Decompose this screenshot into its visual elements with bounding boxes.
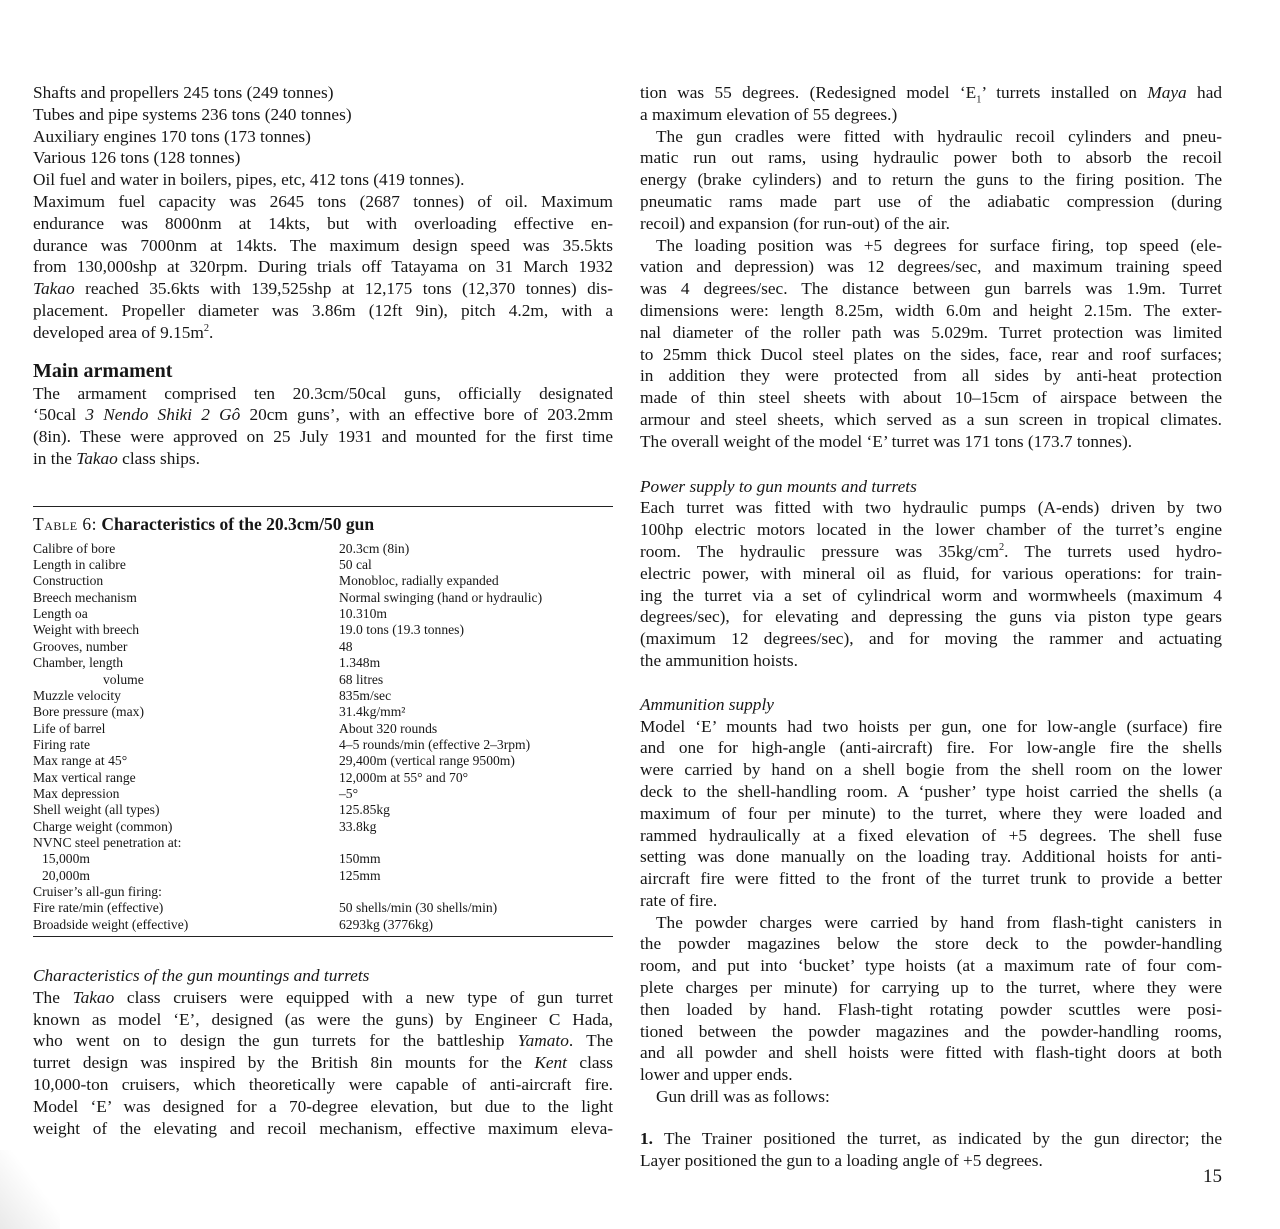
table-row: Firing rate4–5 rounds/min (effective 2–3…	[33, 737, 613, 753]
elevation-continuation: tion was 55 degrees. (Redesigned model ‘…	[640, 82, 1222, 126]
table-row: Max vertical range12,000m at 55° and 70°	[33, 770, 613, 786]
table-row: Chamber, length1.348m	[33, 655, 613, 671]
paragraph-line: was 4 degrees/sec. The distance between …	[640, 278, 1222, 300]
table-row: volume68 litres	[33, 672, 613, 688]
spec-label: 20,000m	[33, 868, 339, 884]
paragraph-line: electric power, with mineral oil as flui…	[640, 563, 1222, 585]
paragraph-line: endurance was 8000nm at 14kts, but with …	[33, 213, 613, 235]
paragraph-line: rammed hydraulically at a fixed elevatio…	[640, 825, 1222, 847]
table-row: Max depression–5°	[33, 786, 613, 802]
mountings-paragraph: The Takao class cruisers were equipped w…	[33, 987, 613, 1140]
spec-value: 10.310m	[339, 606, 613, 622]
text-span: The	[33, 988, 73, 1007]
paragraph-line: 10,000-ton cruisers, which theoretically…	[33, 1074, 613, 1096]
spec-value	[339, 884, 613, 900]
table-row: Grooves, number48	[33, 639, 613, 655]
spec-label: Grooves, number	[33, 639, 339, 655]
paragraph-line: The armament comprised ten 20.3cm/50cal …	[33, 383, 613, 405]
ship-name: Kent	[534, 1053, 567, 1072]
paragraph-line: armour and steel sheets, which served as…	[640, 409, 1222, 431]
table-row: NVNC steel penetration at:	[33, 835, 613, 851]
paragraph-line: in addition they were protected from all…	[640, 365, 1222, 387]
paragraph-line: The overall weight of the model ‘E’ turr…	[640, 431, 1222, 453]
table-top-rule	[33, 506, 613, 507]
spec-label: Life of barrel	[33, 721, 339, 737]
spec-value: –5°	[339, 786, 613, 802]
paragraph-line: recoil) and expansion (for run-out) of t…	[640, 213, 1222, 235]
text-span: .	[209, 323, 213, 342]
paragraph-line: Maximum fuel capacity was 2645 tons (268…	[33, 191, 613, 213]
paragraph-line: energy (brake cylinders) and to return t…	[640, 169, 1222, 191]
spec-label: Fire rate/min (effective)	[33, 900, 339, 916]
gun-drill-step-1: 1. The Trainer positioned the turret, as…	[640, 1128, 1222, 1172]
paragraph-line: maximum of four per minute) to the turre…	[640, 803, 1222, 825]
table-row: Fire rate/min (effective)50 shells/min (…	[33, 900, 613, 916]
table-row: Breech mechanismNormal swinging (hand or…	[33, 590, 613, 606]
gun-characteristics-table: Calibre of bore20.3cm (8in)Length in cal…	[33, 541, 613, 933]
page-number: 15	[1203, 1166, 1222, 1188]
paragraph-line: ing the turret via a set of cylindrical …	[640, 585, 1222, 607]
table-row: Shell weight (all types)125.85kg	[33, 802, 613, 818]
spec-value: 50 shells/min (30 shells/min)	[339, 900, 613, 916]
paragraph-line: turret design was inspired by the Britis…	[33, 1052, 613, 1074]
text-span: tion was 55 degrees. (Redesigned model ‘…	[640, 83, 976, 102]
paragraph-line: The Takao class cruisers were equipped w…	[33, 987, 613, 1009]
table-row: Cruiser’s all-gun firing:	[33, 884, 613, 900]
table-row: Life of barrelAbout 320 rounds	[33, 721, 613, 737]
left-column: Shafts and propellers 245 tons (249 tonn…	[33, 82, 613, 1139]
spec-value: Normal swinging (hand or hydraulic)	[339, 590, 613, 606]
paragraph-line: tion was 55 degrees. (Redesigned model ‘…	[640, 82, 1222, 104]
table-row: Bore pressure (max)31.4kg/mm²	[33, 704, 613, 720]
table-row: Length oa10.310m	[33, 606, 613, 622]
text-span: class ships.	[118, 449, 200, 468]
text-span: ’ turrets installed on	[981, 83, 1147, 102]
paragraph-line: a maximum elevation of 55 degrees.)	[640, 104, 1222, 126]
weights-list: Shafts and propellers 245 tons (249 tonn…	[33, 82, 613, 191]
paragraph-line: and all powder and shell hoists were fit…	[640, 1042, 1222, 1064]
table-row: Muzzle velocity835m/sec	[33, 688, 613, 704]
paragraph-line: room. The hydraulic pressure was 35kg/cm…	[640, 541, 1222, 563]
ship-name: Maya	[1147, 83, 1186, 102]
spec-label: Length oa	[33, 606, 339, 622]
spec-label: Shell weight (all types)	[33, 802, 339, 818]
paragraph-line: tioned between the powder magazines and …	[640, 1021, 1222, 1043]
ship-name: Takao	[76, 449, 118, 468]
paragraph-line: made of thin steel sheets with about 10–…	[640, 387, 1222, 409]
spec-value: 50 cal	[339, 557, 613, 573]
paragraph-line: known as model ‘E’, designed (as were th…	[33, 1009, 613, 1031]
spec-value: 33.8kg	[339, 819, 613, 835]
paragraph-line: The loading position was +5 degrees for …	[640, 235, 1222, 257]
table-row: ConstructionMonobloc, radially expanded	[33, 573, 613, 589]
spec-value: 68 litres	[339, 672, 613, 688]
weights-item: Various 126 tons (128 tonnes)	[33, 147, 613, 169]
paragraph-line: lower and upper ends.	[640, 1064, 1222, 1086]
paragraph-line: 100hp electric motors located in the low…	[640, 519, 1222, 541]
paragraph-line: ‘50cal 3 Nendo Shiki 2 Gô 20cm guns’, wi…	[33, 404, 613, 426]
spec-label: Bore pressure (max)	[33, 704, 339, 720]
table-row: 20,000m125mm	[33, 868, 613, 884]
spec-label: volume	[33, 672, 339, 688]
spec-value: 835m/sec	[339, 688, 613, 704]
fuel-paragraph: Maximum fuel capacity was 2645 tons (268…	[33, 191, 613, 344]
paragraph-line: the powder magazines below the store dec…	[640, 933, 1222, 955]
subheading-power-supply: Power supply to gun mounts and turrets	[640, 476, 1222, 498]
paragraph-line: The powder charges were carried by hand …	[640, 912, 1222, 934]
text-span: ‘50cal	[33, 405, 85, 424]
paragraph-line: 1. The Trainer positioned the turret, as…	[640, 1128, 1222, 1150]
paragraph-line: placement. Propeller diameter was 3.86m …	[33, 300, 613, 322]
spec-value: 6293kg (3776kg)	[339, 917, 613, 933]
spec-label: Broadside weight (effective)	[33, 917, 339, 933]
ship-name: Yamato	[518, 1031, 569, 1050]
weights-item: Tubes and pipe systems 236 tons (240 ton…	[33, 104, 613, 126]
spec-label: Muzzle velocity	[33, 688, 339, 704]
text-span: class cruisers were equipped with a new …	[114, 988, 613, 1007]
spec-value: 1.348m	[339, 655, 613, 671]
spec-value: About 320 rounds	[339, 721, 613, 737]
armament-paragraph: The armament comprised ten 20.3cm/50cal …	[33, 383, 613, 470]
spec-value: 31.4kg/mm²	[339, 704, 613, 720]
spec-value: 150mm	[339, 851, 613, 867]
step-number: 1.	[640, 1129, 653, 1148]
text-span: turret design was inspired by the Britis…	[33, 1053, 534, 1072]
text-span: who went on to design the gun turrets fo…	[33, 1031, 518, 1050]
paragraph-line: durance was 7000nm at 14kts. The maximum…	[33, 235, 613, 257]
paragraph-line: (8in). These were approved on 25 July 19…	[33, 426, 613, 448]
paragraph-line: were carried by hand on a shell bogie fr…	[640, 759, 1222, 781]
paragraph-line: vation and depression) was 12 degrees/se…	[640, 256, 1222, 278]
section-heading-main-armament: Main armament	[33, 359, 613, 383]
paragraph-line: Takao reached 35.6kts with 139,525shp at…	[33, 278, 613, 300]
table-label: Table 6:	[33, 514, 97, 534]
gun-drill-intro: Gun drill was as follows:	[640, 1086, 1222, 1108]
text-span: in the	[33, 449, 76, 468]
paragraph-line: and one for high-angle (anti-aircraft) f…	[640, 737, 1222, 759]
paragraph-line: dimensions were: length 8.25m, width 6.0…	[640, 300, 1222, 322]
spec-label: Calibre of bore	[33, 541, 339, 557]
paragraph-line: room, and put into ‘bucket’ type hoists …	[640, 955, 1222, 977]
table-row: Broadside weight (effective)6293kg (3776…	[33, 917, 613, 933]
text-span: reached 35.6kts with 139,525shp at 12,17…	[75, 279, 613, 298]
paragraph-line: deck to the shell-handling room. A ‘push…	[640, 781, 1222, 803]
spec-label: Max vertical range	[33, 770, 339, 786]
subheading-ammunition-supply: Ammunition supply	[640, 694, 1222, 716]
spec-value: 19.0 tons (19.3 tonnes)	[339, 622, 613, 638]
text-span: . The	[569, 1031, 613, 1050]
spec-label: Cruiser’s all-gun firing:	[33, 884, 339, 900]
paragraph-line: degrees/sec), for elevating and depressi…	[640, 606, 1222, 628]
paragraph-line: (maximum 12 degrees/sec), and for moving…	[640, 628, 1222, 650]
spec-label: Chamber, length	[33, 655, 339, 671]
spec-value: 125.85kg	[339, 802, 613, 818]
spec-label: Construction	[33, 573, 339, 589]
paragraph-line: Each turret was fitted with two hydrauli…	[640, 497, 1222, 519]
paragraph-line: then loaded by hand. Flash-tight rotatin…	[640, 999, 1222, 1021]
paragraph-line: Model ‘E’ was designed for a 70-degree e…	[33, 1096, 613, 1118]
spec-label: NVNC steel penetration at:	[33, 835, 339, 851]
spec-label: Firing rate	[33, 737, 339, 753]
text-span: class	[567, 1053, 613, 1072]
loading-paragraph: The loading position was +5 degrees for …	[640, 235, 1222, 453]
power-paragraph: Each turret was fitted with two hydrauli…	[640, 497, 1222, 671]
paragraph-line: weight of the elevating and recoil mecha…	[33, 1118, 613, 1140]
paragraph-line: developed area of 9.15m2.	[33, 322, 613, 344]
spec-label: Breech mechanism	[33, 590, 339, 606]
right-column: tion was 55 degrees. (Redesigned model ‘…	[640, 82, 1222, 1171]
table-row: Charge weight (common)33.8kg	[33, 819, 613, 835]
table-row: Calibre of bore20.3cm (8in)	[33, 541, 613, 557]
paragraph-line: nal diameter of the roller path was 5.02…	[640, 322, 1222, 344]
table-row: Max range at 45°29,400m (vertical range …	[33, 753, 613, 769]
paragraph-line: plete charges per minute) for carrying u…	[640, 977, 1222, 999]
page-edge-shadow	[0, 1150, 60, 1229]
text-span: developed area of 9.15m	[33, 323, 204, 342]
paragraph-line: Model ‘E’ mounts had two hoists per gun,…	[640, 716, 1222, 738]
paragraph-line: pneumatic rams made part use of the adia…	[640, 191, 1222, 213]
text-span: had	[1187, 83, 1222, 102]
text-span: 20cm guns’, with an effective bore of 20…	[240, 405, 613, 424]
cradles-paragraph: The gun cradles were fitted with hydraul…	[640, 126, 1222, 235]
weights-item: Shafts and propellers 245 tons (249 tonn…	[33, 82, 613, 104]
spec-label: Max range at 45°	[33, 753, 339, 769]
spec-value: 20.3cm (8in)	[339, 541, 613, 557]
spec-value: Monobloc, radially expanded	[339, 573, 613, 589]
ammo-paragraph: Model ‘E’ mounts had two hoists per gun,…	[640, 716, 1222, 912]
spec-label: Max depression	[33, 786, 339, 802]
spec-label: 15,000m	[33, 851, 339, 867]
spec-value	[339, 835, 613, 851]
text-span: room. The hydraulic pressure was 35kg/cm	[640, 542, 999, 561]
paragraph-line: the ammunition hoists.	[640, 650, 1222, 672]
paragraph-line: Layer positioned the gun to a loading an…	[640, 1150, 1222, 1172]
powder-paragraph: The powder charges were carried by hand …	[640, 912, 1222, 1086]
text-span: . The turrets used hydro-	[1004, 542, 1222, 561]
paragraph-line: matic run out rams, using hydraulic powe…	[640, 147, 1222, 169]
paragraph-line: in the Takao class ships.	[33, 448, 613, 470]
paragraph-line: from 130,000shp at 320rpm. During trials…	[33, 256, 613, 278]
paragraph-line: to 25mm thick Ducol steel plates on the …	[640, 344, 1222, 366]
table-row: Length in calibre50 cal	[33, 557, 613, 573]
table-row: 15,000m150mm	[33, 851, 613, 867]
spec-value: 125mm	[339, 868, 613, 884]
paragraph-line: who went on to design the gun turrets fo…	[33, 1030, 613, 1052]
spec-value: 12,000m at 55° and 70°	[339, 770, 613, 786]
paragraph-line: aircraft fire were fitted to the front o…	[640, 868, 1222, 890]
weights-item: Auxiliary engines 170 tons (173 tonnes)	[33, 126, 613, 148]
weights-item: Oil fuel and water in boilers, pipes, et…	[33, 169, 613, 191]
ship-name: Takao	[33, 279, 75, 298]
spec-label: Weight with breech	[33, 622, 339, 638]
gun-designation: 3 Nendo Shiki 2 Gô	[85, 405, 240, 424]
paragraph-line: rate of fire.	[640, 890, 1222, 912]
text-span: The Trainer positioned the turret, as in…	[653, 1129, 1222, 1148]
spec-label: Charge weight (common)	[33, 819, 339, 835]
table-title: Table 6: Characteristics of the 20.3cm/5…	[33, 513, 613, 541]
table-row: Weight with breech19.0 tons (19.3 tonnes…	[33, 622, 613, 638]
paragraph-line: setting was done manually on the loading…	[640, 846, 1222, 868]
spec-value: 48	[339, 639, 613, 655]
spec-label: Length in calibre	[33, 557, 339, 573]
spec-value: 4–5 rounds/min (effective 2–3rpm)	[339, 737, 613, 753]
ship-name: Takao	[73, 988, 115, 1007]
paragraph-line: The gun cradles were fitted with hydraul…	[640, 126, 1222, 148]
subheading-gun-mountings: Characteristics of the gun mountings and…	[33, 965, 613, 987]
table-caption: Characteristics of the 20.3cm/50 gun	[101, 514, 374, 534]
spec-value: 29,400m (vertical range 9500m)	[339, 753, 613, 769]
